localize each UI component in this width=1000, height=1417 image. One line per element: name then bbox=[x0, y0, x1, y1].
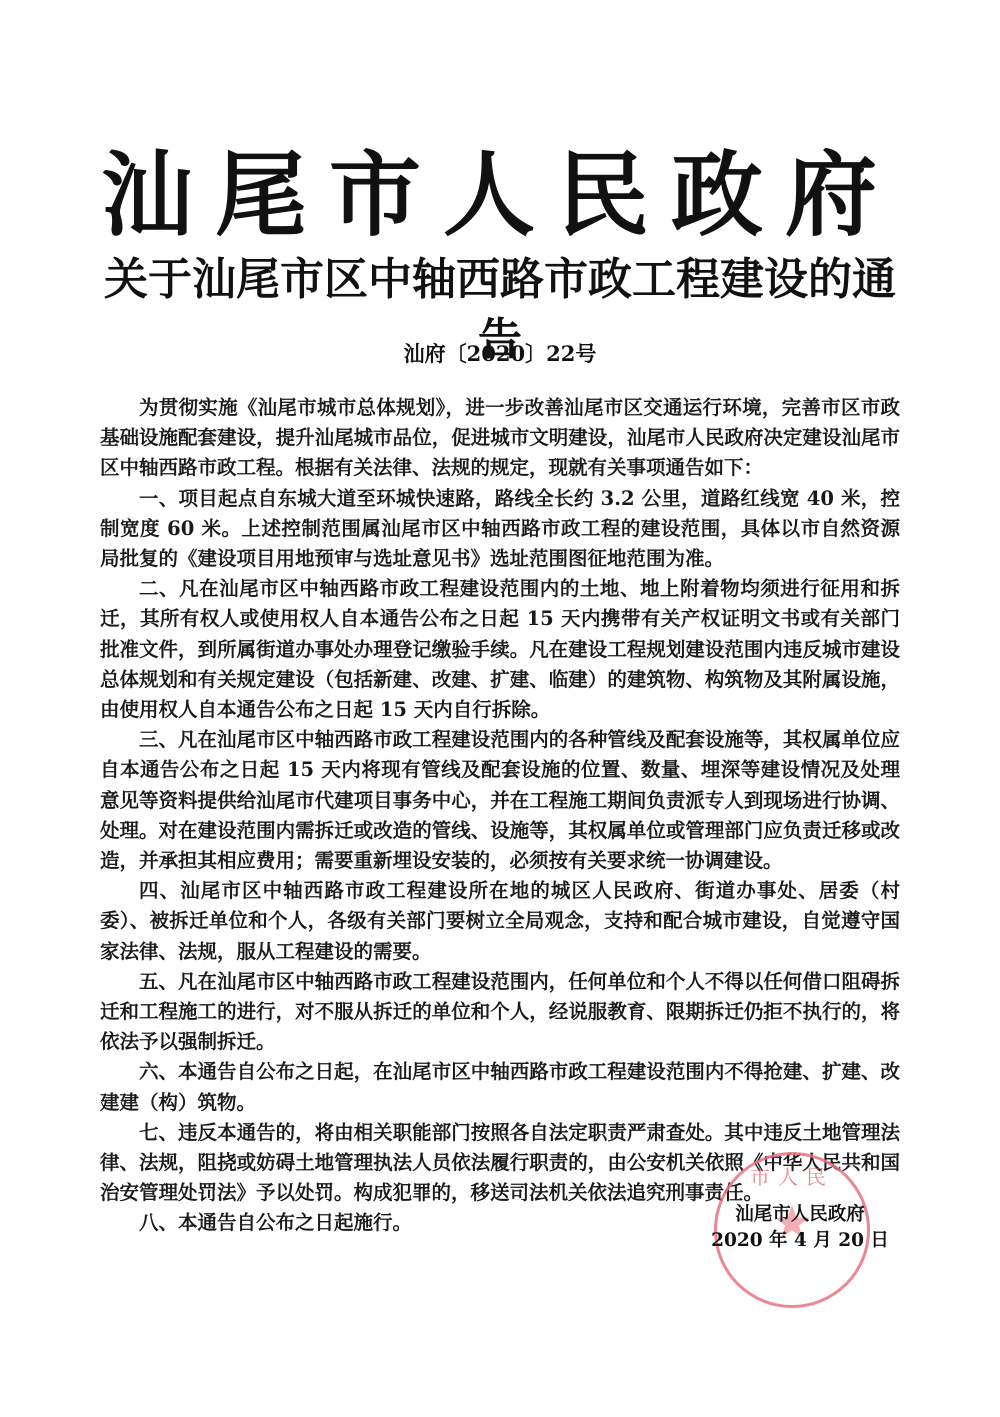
paragraph-1: 一、项目起点自东城大道至环城快速路，路线全长约 3.2 公里，道路红线宽 40 … bbox=[100, 484, 900, 575]
seal-text: 市人民 bbox=[717, 1161, 867, 1190]
paragraph-4: 四、汕尾市区中轴西路市政工程建设所在地的城区人民政府、街道办事处、居委（村委）、… bbox=[100, 876, 900, 967]
document-number: 汕府〔2020〕22号 bbox=[100, 338, 900, 368]
issue-date: 2020 年 4 月 20 日 bbox=[700, 1228, 900, 1254]
paragraph-intro: 为贯彻实施《汕尾市城市总体规划》，进一步改善汕尾市区交通运行环境，完善市区市政基… bbox=[100, 393, 900, 484]
organization-title: 汕尾市人民政府 bbox=[100, 140, 900, 250]
paragraph-6: 六、本通告自公布之日起，在汕尾市区中轴西路市政工程建设范围内不得抢建、扩建、改建… bbox=[100, 1057, 900, 1117]
signature-block: 汕尾市人民政府 2020 年 4 月 20 日 bbox=[700, 1202, 900, 1254]
paragraph-3: 三、凡在汕尾市区中轴西路市政工程建设范围内的各种管线及配套设施等，其权属单位应自… bbox=[100, 725, 900, 876]
issuer-name: 汕尾市人民政府 bbox=[700, 1202, 900, 1228]
paragraph-2: 二、凡在汕尾市区中轴西路市政工程建设范围内的土地、地上附着物均须进行征用和拆迁，… bbox=[100, 574, 900, 725]
paragraph-5: 五、凡在汕尾市区中轴西路市政工程建设范围内，任何单位和个人不得以任何借口阻碍拆迁… bbox=[100, 967, 900, 1058]
notice-body: 为贯彻实施《汕尾市城市总体规划》，进一步改善汕尾市区交通运行环境，完善市区市政基… bbox=[100, 393, 900, 1239]
